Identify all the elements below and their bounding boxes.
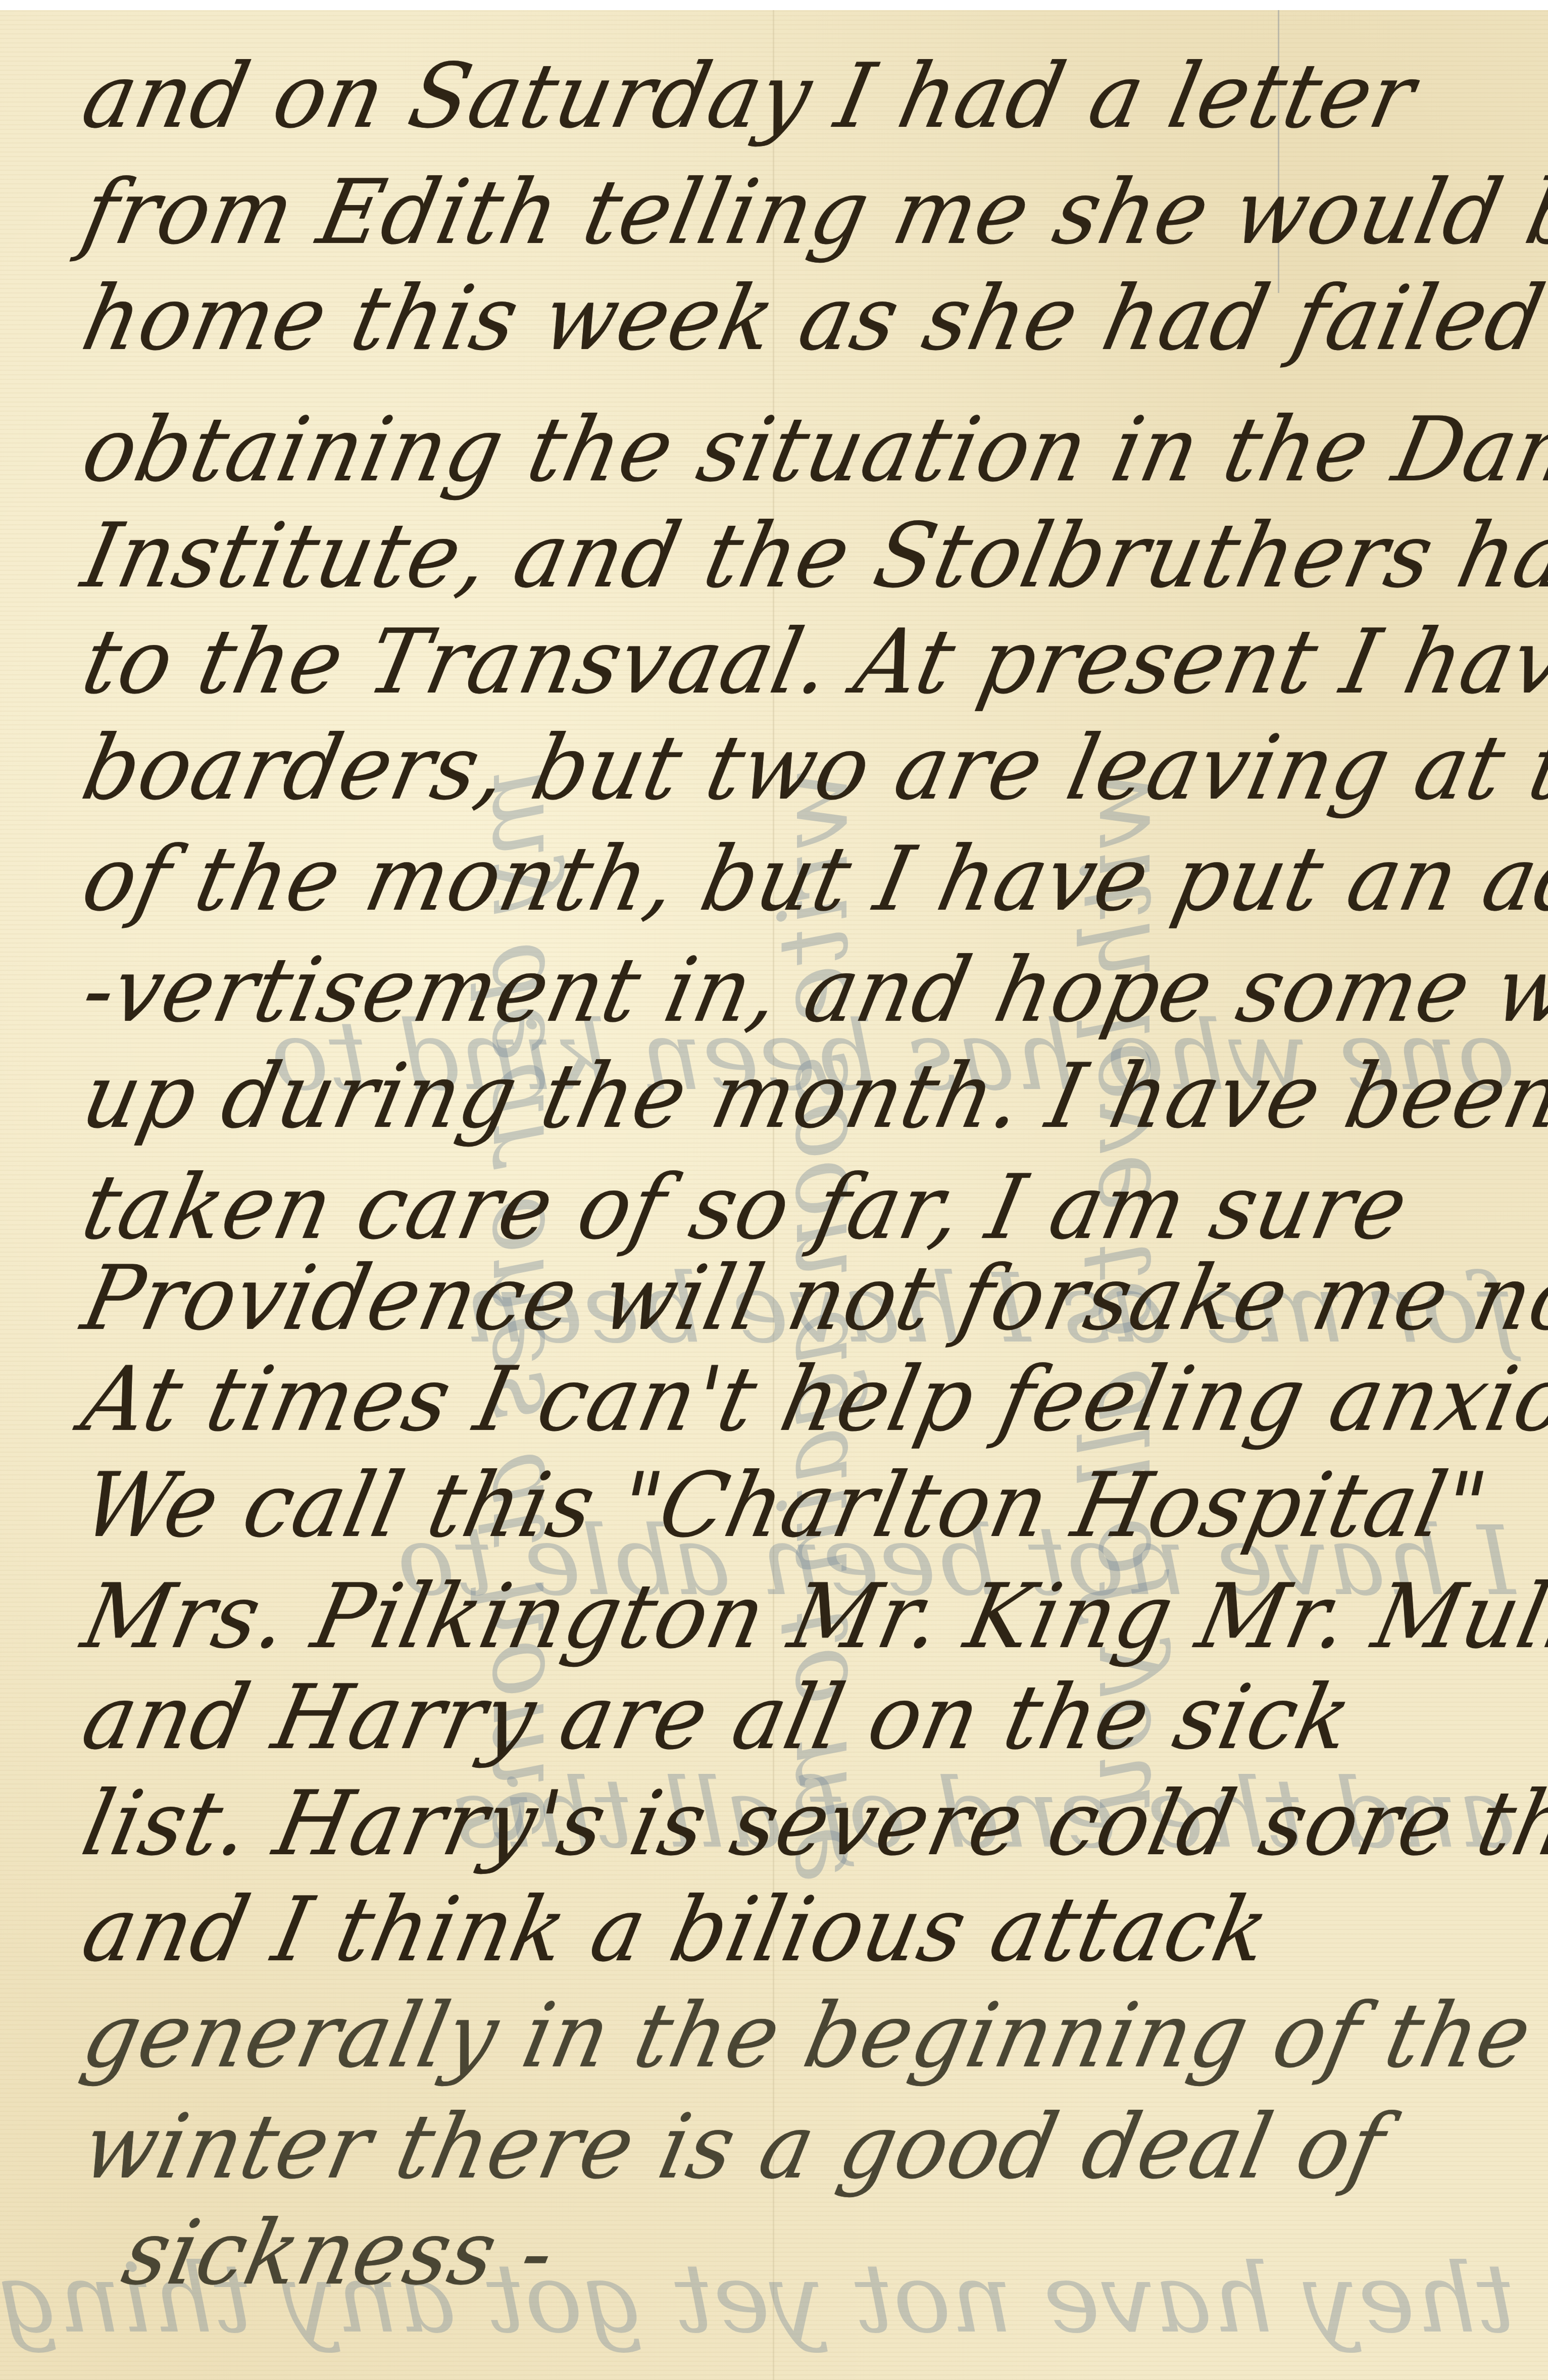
letter-line: and Harry are all on the sick	[76, 1673, 1360, 1762]
letter-line: -vertisement in, and hope some will turn	[76, 946, 1548, 1034]
letter-line: to the Transvaal. At present I have five	[76, 617, 1548, 706]
letter-line: boarders, but two are leaving at the end	[76, 723, 1548, 812]
letter-line: At times I can't help feeling anxious.	[76, 1355, 1548, 1444]
letter-line: sickness -	[116, 2208, 563, 2297]
letter-line: winter there is a good deal of	[76, 2102, 1392, 2191]
letter-line: Institute, and the Stolbruthers have gon…	[76, 511, 1548, 600]
letter-page: my dear ones at home write soon again to…	[0, 10, 1548, 2380]
letter-line: up during the month. I have been	[76, 1052, 1548, 1141]
letter-line: and on Saturday I had a letter	[76, 52, 1423, 140]
letter-line: We call this "Charlton Hospital"	[76, 1461, 1495, 1550]
letter-line: and I think a bilious attack	[76, 1885, 1277, 1974]
letter-line: generally in the beginning of the	[76, 1991, 1539, 2080]
letter-body: and on Saturday I had a letter from Edit…	[0, 10, 1548, 2380]
letter-line: taken care of so far, I am sure	[76, 1163, 1416, 1252]
letter-line: list. Harry's is severe cold sore throat	[76, 1779, 1548, 1868]
letter-line: from Edith telling me she would be	[76, 168, 1548, 257]
letter-line: home this week as she had failed in	[76, 274, 1548, 363]
letter-line: Mrs. Pilkington Mr. King Mr. Mullen	[76, 1572, 1548, 1661]
letter-line: of the month, but I have put an ad-	[76, 834, 1548, 923]
letter-line: Providence will not forsake me now.	[76, 1254, 1548, 1343]
letter-line: obtaining the situation in the Dames	[76, 405, 1548, 494]
